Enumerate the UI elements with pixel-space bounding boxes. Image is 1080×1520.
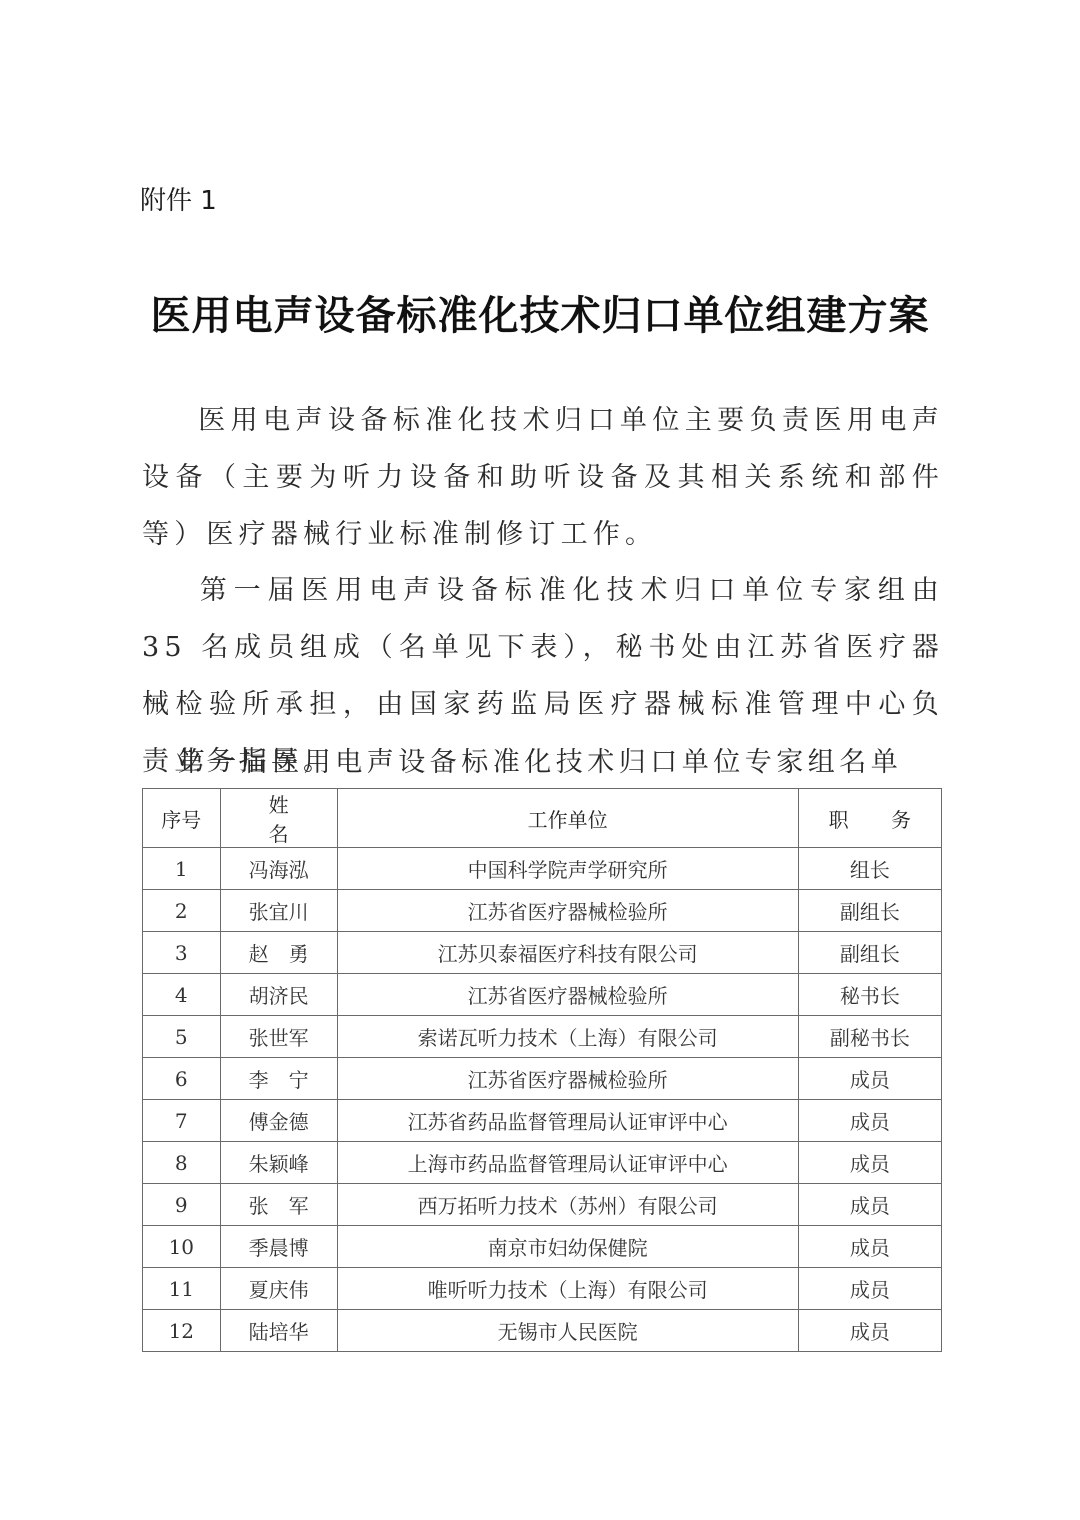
cell-role: 副组长: [798, 932, 941, 974]
cell-name: 季晨博: [220, 1226, 337, 1268]
cell-role: 秘书长: [798, 974, 941, 1016]
cell-no: 4: [143, 974, 221, 1016]
cell-org: 江苏省药品监督管理局认证审评中心: [337, 1100, 798, 1142]
cell-org: 西万拓听力技术（苏州）有限公司: [337, 1184, 798, 1226]
header-no: 序号: [143, 789, 221, 848]
cell-no: 6: [143, 1058, 221, 1100]
table-row: 8朱颖峰上海市药品监督管理局认证审评中心成员: [143, 1142, 942, 1184]
cell-name: 傅金德: [220, 1100, 337, 1142]
table-row: 9张 军西万拓听力技术（苏州）有限公司成员: [143, 1184, 942, 1226]
table-row: 2张宜川江苏省医疗器械检验所副组长: [143, 890, 942, 932]
cell-role: 副秘书长: [798, 1016, 941, 1058]
table-title: 第一届医用电声设备标准化技术归口单位专家组名单: [0, 740, 1080, 779]
table-row: 11夏庆伟唯听听力技术（上海）有限公司成员: [143, 1268, 942, 1310]
cell-role: 成员: [798, 1226, 941, 1268]
cell-no: 10: [143, 1226, 221, 1268]
table-row: 5张世军索诺瓦听力技术（上海）有限公司副秘书长: [143, 1016, 942, 1058]
cell-no: 8: [143, 1142, 221, 1184]
header-org: 工作单位: [337, 789, 798, 848]
table-row: 7傅金德江苏省药品监督管理局认证审评中心成员: [143, 1100, 942, 1142]
table-row: 12陆培华无锡市人民医院成员: [143, 1310, 942, 1352]
cell-org: 江苏省医疗器械检验所: [337, 1058, 798, 1100]
cell-role: 成员: [798, 1100, 941, 1142]
cell-name: 张 军: [220, 1184, 337, 1226]
cell-name: 冯海泓: [220, 848, 337, 890]
header-role: 职 务: [798, 789, 941, 848]
cell-name: 张宜川: [220, 890, 337, 932]
cell-role: 成员: [798, 1310, 941, 1352]
cell-org: 索诺瓦听力技术（上海）有限公司: [337, 1016, 798, 1058]
cell-org: 中国科学院声学研究所: [337, 848, 798, 890]
paragraph-scope-text: 医用电声设备标准化技术归口单位主要负责医用电声设备（主要为听力设备和助听设备及其…: [142, 405, 944, 550]
cell-name: 夏庆伟: [220, 1268, 337, 1310]
cell-org: 无锡市人民医院: [337, 1310, 798, 1352]
cell-name: 李 宁: [220, 1058, 337, 1100]
document-title: 医用电声设备标准化技术归口单位组建方案: [0, 284, 1080, 341]
cell-no: 2: [143, 890, 221, 932]
cell-org: 江苏省医疗器械检验所: [337, 974, 798, 1016]
attachment-label: 附件 1: [140, 180, 217, 217]
header-name: 姓 名: [220, 789, 337, 848]
table-header-row: 序号 姓 名 工作单位 职 务: [143, 789, 942, 848]
cell-org: 上海市药品监督管理局认证审评中心: [337, 1142, 798, 1184]
cell-no: 7: [143, 1100, 221, 1142]
expert-table: 序号 姓 名 工作单位 职 务 1冯海泓中国科学院声学研究所组长2张宜川江苏省医…: [142, 788, 942, 1352]
cell-role: 副组长: [798, 890, 941, 932]
paragraph-scope: 医用电声设备标准化技术归口单位主要负责医用电声设备（主要为听力设备和助听设备及其…: [142, 392, 944, 563]
table-row: 10季晨博南京市妇幼保健院成员: [143, 1226, 942, 1268]
table-row: 3赵 勇江苏贝泰福医疗科技有限公司副组长: [143, 932, 942, 974]
cell-no: 9: [143, 1184, 221, 1226]
cell-name: 张世军: [220, 1016, 337, 1058]
cell-role: 成员: [798, 1058, 941, 1100]
cell-org: 江苏省医疗器械检验所: [337, 890, 798, 932]
cell-org: 江苏贝泰福医疗科技有限公司: [337, 932, 798, 974]
cell-role: 成员: [798, 1184, 941, 1226]
cell-org: 南京市妇幼保健院: [337, 1226, 798, 1268]
cell-no: 11: [143, 1268, 221, 1310]
table-row: 4胡济民江苏省医疗器械检验所秘书长: [143, 974, 942, 1016]
cell-no: 1: [143, 848, 221, 890]
cell-no: 12: [143, 1310, 221, 1352]
cell-no: 5: [143, 1016, 221, 1058]
cell-no: 3: [143, 932, 221, 974]
table-row: 1冯海泓中国科学院声学研究所组长: [143, 848, 942, 890]
cell-role: 成员: [798, 1268, 941, 1310]
cell-name: 陆培华: [220, 1310, 337, 1352]
cell-role: 成员: [798, 1142, 941, 1184]
cell-org: 唯听听力技术（上海）有限公司: [337, 1268, 798, 1310]
cell-name: 赵 勇: [220, 932, 337, 974]
cell-role: 组长: [798, 848, 941, 890]
table-row: 6李 宁江苏省医疗器械检验所成员: [143, 1058, 942, 1100]
cell-name: 胡济民: [220, 974, 337, 1016]
cell-name: 朱颖峰: [220, 1142, 337, 1184]
